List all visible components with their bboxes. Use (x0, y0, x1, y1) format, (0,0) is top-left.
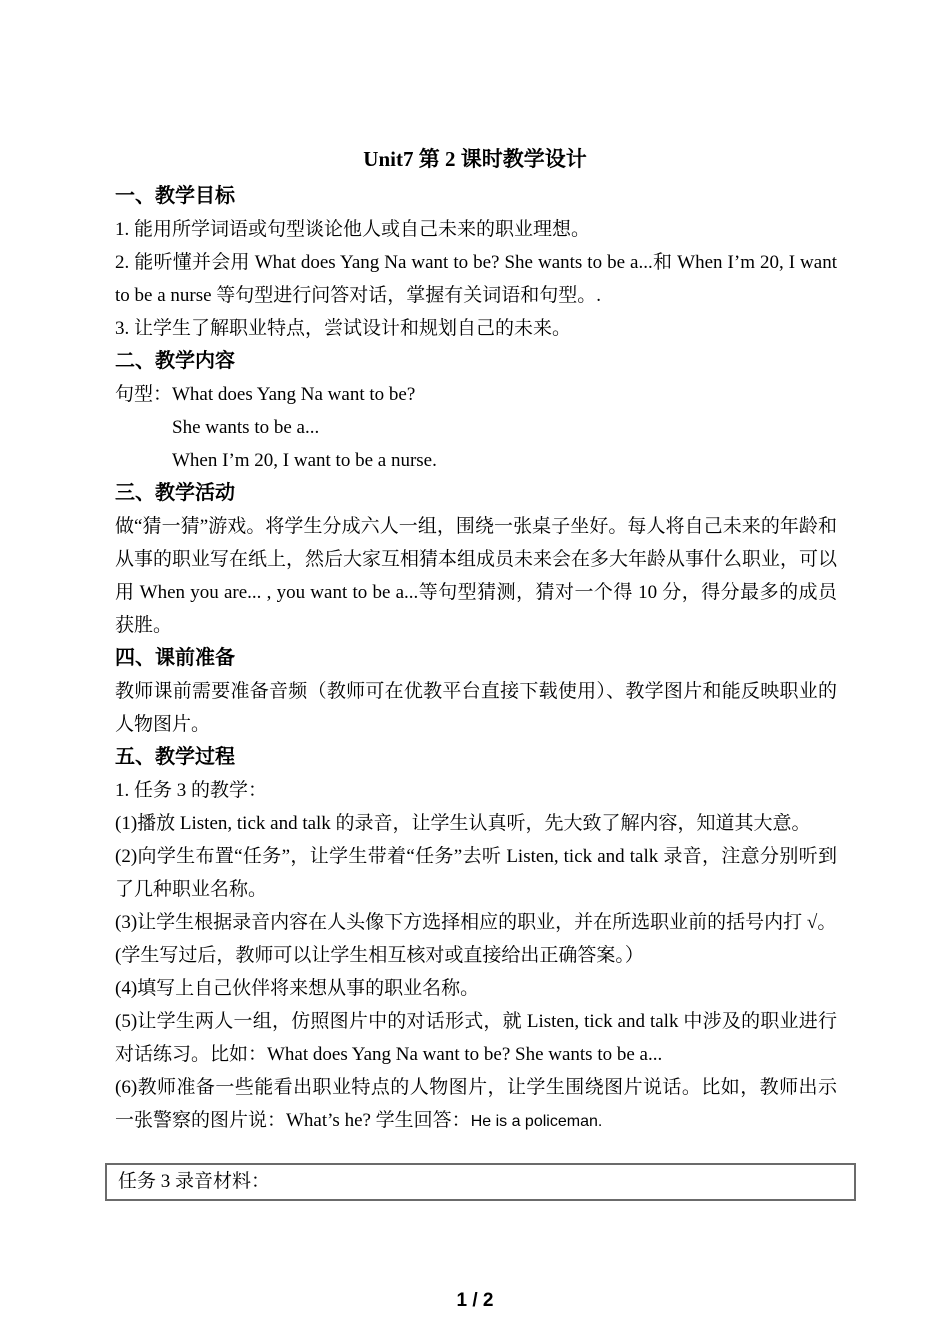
process-step-3-note: (学生写过后，教师可以让学生相互核对或直接给出正确答案。） (115, 939, 837, 972)
document-body: 一、教学目标 1. 能用所学词语或句型谈论他人或自己未来的职业理想。 2. 能听… (115, 180, 837, 1138)
preparation-paragraph: 教师课前需要准备音频（教师可在优教平台直接下载使用）、教学图片和能反映职业的人物… (115, 675, 837, 741)
doc-title: Unit7 第 2 课时教学设计 (0, 142, 950, 176)
process-step-3: (3)让学生根据录音内容在人头像下方选择相应的职业，并在所选职业前的括号内打 √… (115, 906, 837, 939)
section-heading-content: 二、教学内容 (115, 345, 837, 378)
section-heading-goals: 一、教学目标 (115, 180, 837, 213)
process-step-5: (5)让学生两人一组，仿照图片中的对话形式，就 Listen, tick and… (115, 1005, 837, 1071)
task3-audio-material-box: 任务 3 录音材料： (105, 1163, 856, 1201)
document-page: Unit7 第 2 课时教学设计 一、教学目标 1. 能用所学词语或句型谈论他人… (0, 0, 950, 1344)
section-heading-preparation: 四、课前准备 (115, 642, 837, 675)
section-heading-process: 五、教学过程 (115, 741, 837, 774)
section-heading-activities: 三、教学活动 (115, 477, 837, 510)
activities-paragraph: 做“猜一猜”游戏。将学生分成六人一组，围绕一张桌子坐好。每人将自己未来的年龄和从… (115, 510, 837, 642)
page-number: 1 / 2 (0, 1288, 950, 1314)
process-step-6-answer: He is a policeman. (471, 1113, 603, 1130)
process-step-2: (2)向学生布置“任务”，让学生带着“任务”去听 Listen, tick an… (115, 840, 837, 906)
goal-item-2: 2. 能听懂并会用 What does Yang Na want to be? … (115, 246, 837, 312)
process-step-1: (1)播放 Listen, tick and talk 的录音，让学生认真听，先… (115, 807, 837, 840)
process-step-4: (4)填写上自己伙伴将来想从事的职业名称。 (115, 972, 837, 1005)
sentence-pattern-line-3: When I’m 20, I want to be a nurse. (115, 444, 837, 477)
process-intro: 1. 任务 3 的教学： (115, 774, 837, 807)
task3-audio-material-label: 任务 3 录音材料： (107, 1165, 854, 1199)
process-step-6: (6)教师准备一些能看出职业特点的人物图片，让学生围绕图片说话。比如，教师出示一… (115, 1071, 837, 1138)
sentence-pattern-line-2: She wants to be a... (115, 411, 837, 444)
goal-item-3: 3. 让学生了解职业特点，尝试设计和规划自己的未来。 (115, 312, 837, 345)
goal-item-1: 1. 能用所学词语或句型谈论他人或自己未来的职业理想。 (115, 213, 837, 246)
sentence-pattern-lead: 句型：What does Yang Na want to be? (115, 378, 837, 411)
